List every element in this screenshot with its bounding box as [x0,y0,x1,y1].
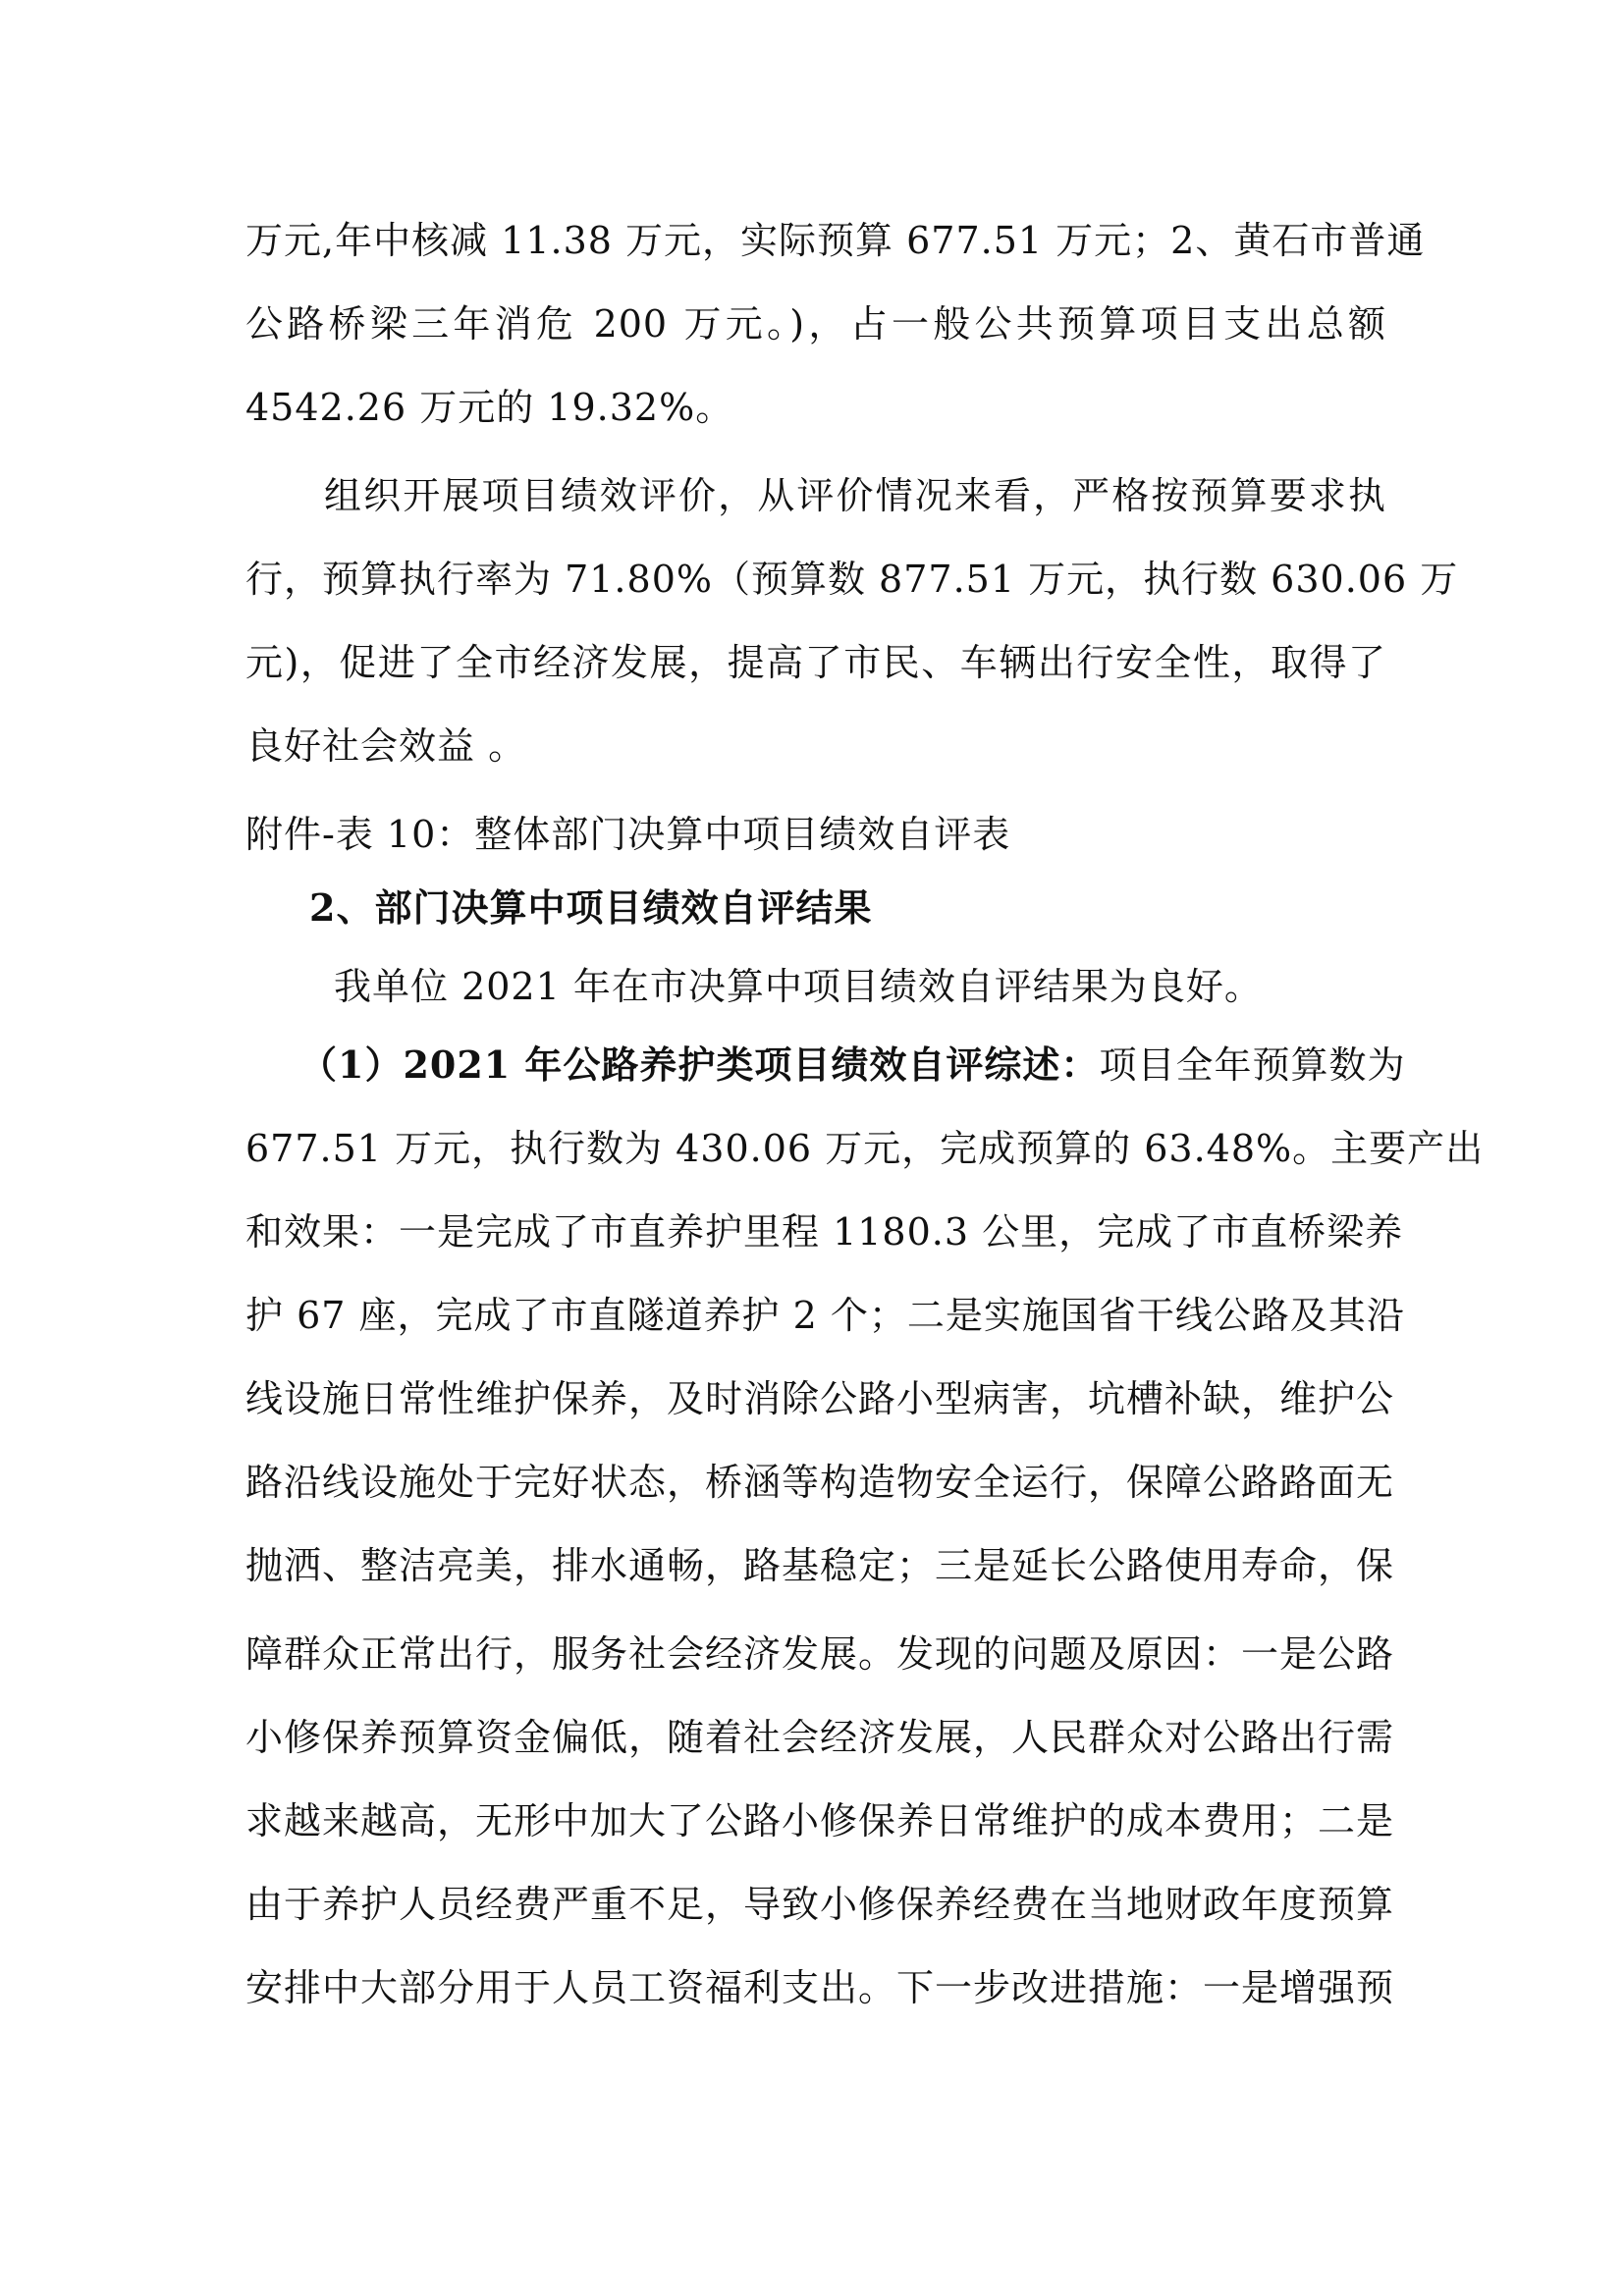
paragraph-line: 护 67 座，完成了市直隧道养护 2 个；二是实施国省干线公路及其沿 [245,1286,1386,1345]
section-heading: 2、部门决算中项目绩效自评结果 [309,879,1450,937]
paragraph-line: 和效果：一是完成了市直养护里程 1180.3 公里，完成了市直桥梁养 [245,1202,1386,1261]
paragraph-line: 万元,年中核减 11.38 万元，实际预算 677.51 万元；2、黄石市普通 [245,211,1386,270]
paragraph-line: 由于养护人员经费严重不足，导致小修保养经费在当地财政年度预算 [245,1875,1386,1934]
attachment-link: 附件-表 10：整体部门决算中项目绩效自评表 [245,805,1386,864]
paragraph-line: 线设施日常性维护保养，及时消除公路小型病害，坑槽补缺，维护公 [245,1369,1386,1428]
paragraph-line: 安排中大部分用于人员工资福利支出。下一步改进措施：一是增强预 [245,1958,1386,2017]
paragraph-line: 677.51 万元，执行数为 430.06 万元，完成预算的 63.48%。主要… [245,1119,1386,1178]
paragraph-line: 我单位 2021 年在市决算中项目绩效自评结果为良好。 [334,957,1475,1016]
paragraph-line: 元)，促进了全市经济发展，提高了市民、车辆出行安全性，取得了 [245,633,1386,692]
subsection-heading: （1）2021 年公路养护类项目绩效自评综述： [299,1036,1099,1095]
paragraph-line: 障群众正常出行，服务社会经济发展。发现的问题及原因：一是公路 [245,1625,1386,1683]
subsection-line: （1）2021 年公路养护类项目绩效自评综述： 项目全年预算数为 [299,1036,1386,1095]
paragraph-line: 良好社会效益 。 [245,717,1386,775]
paragraph-line: 抛洒、整洁亮美，排水通畅，路基稳定；三是延长公路使用寿命，保 [245,1536,1386,1595]
paragraph-line: 组织开展项目绩效评价，从评价情况来看，严格按预算要求执 [324,466,1386,525]
paragraph-text: 项目全年预算数为 [1099,1036,1405,1095]
paragraph-line: 行，预算执行率为 71.80%（预算数 877.51 万元，执行数 630.06… [245,550,1386,609]
paragraph-line: 小修保养预算资金偏低，随着社会经济发展，人民群众对公路出行需 [245,1708,1386,1767]
paragraph-line: 路沿线设施处于完好状态，桥涵等构造物安全运行，保障公路路面无 [245,1453,1386,1512]
paragraph-line: 4542.26 万元的 19.32%。 [245,378,1386,437]
paragraph-line: 公路桥梁三年消危 200 万元。)，占一般公共预算项目支出总额 [245,294,1386,353]
paragraph-line: 求越来越高，无形中加大了公路小修保养日常维护的成本费用；二是 [245,1791,1386,1850]
